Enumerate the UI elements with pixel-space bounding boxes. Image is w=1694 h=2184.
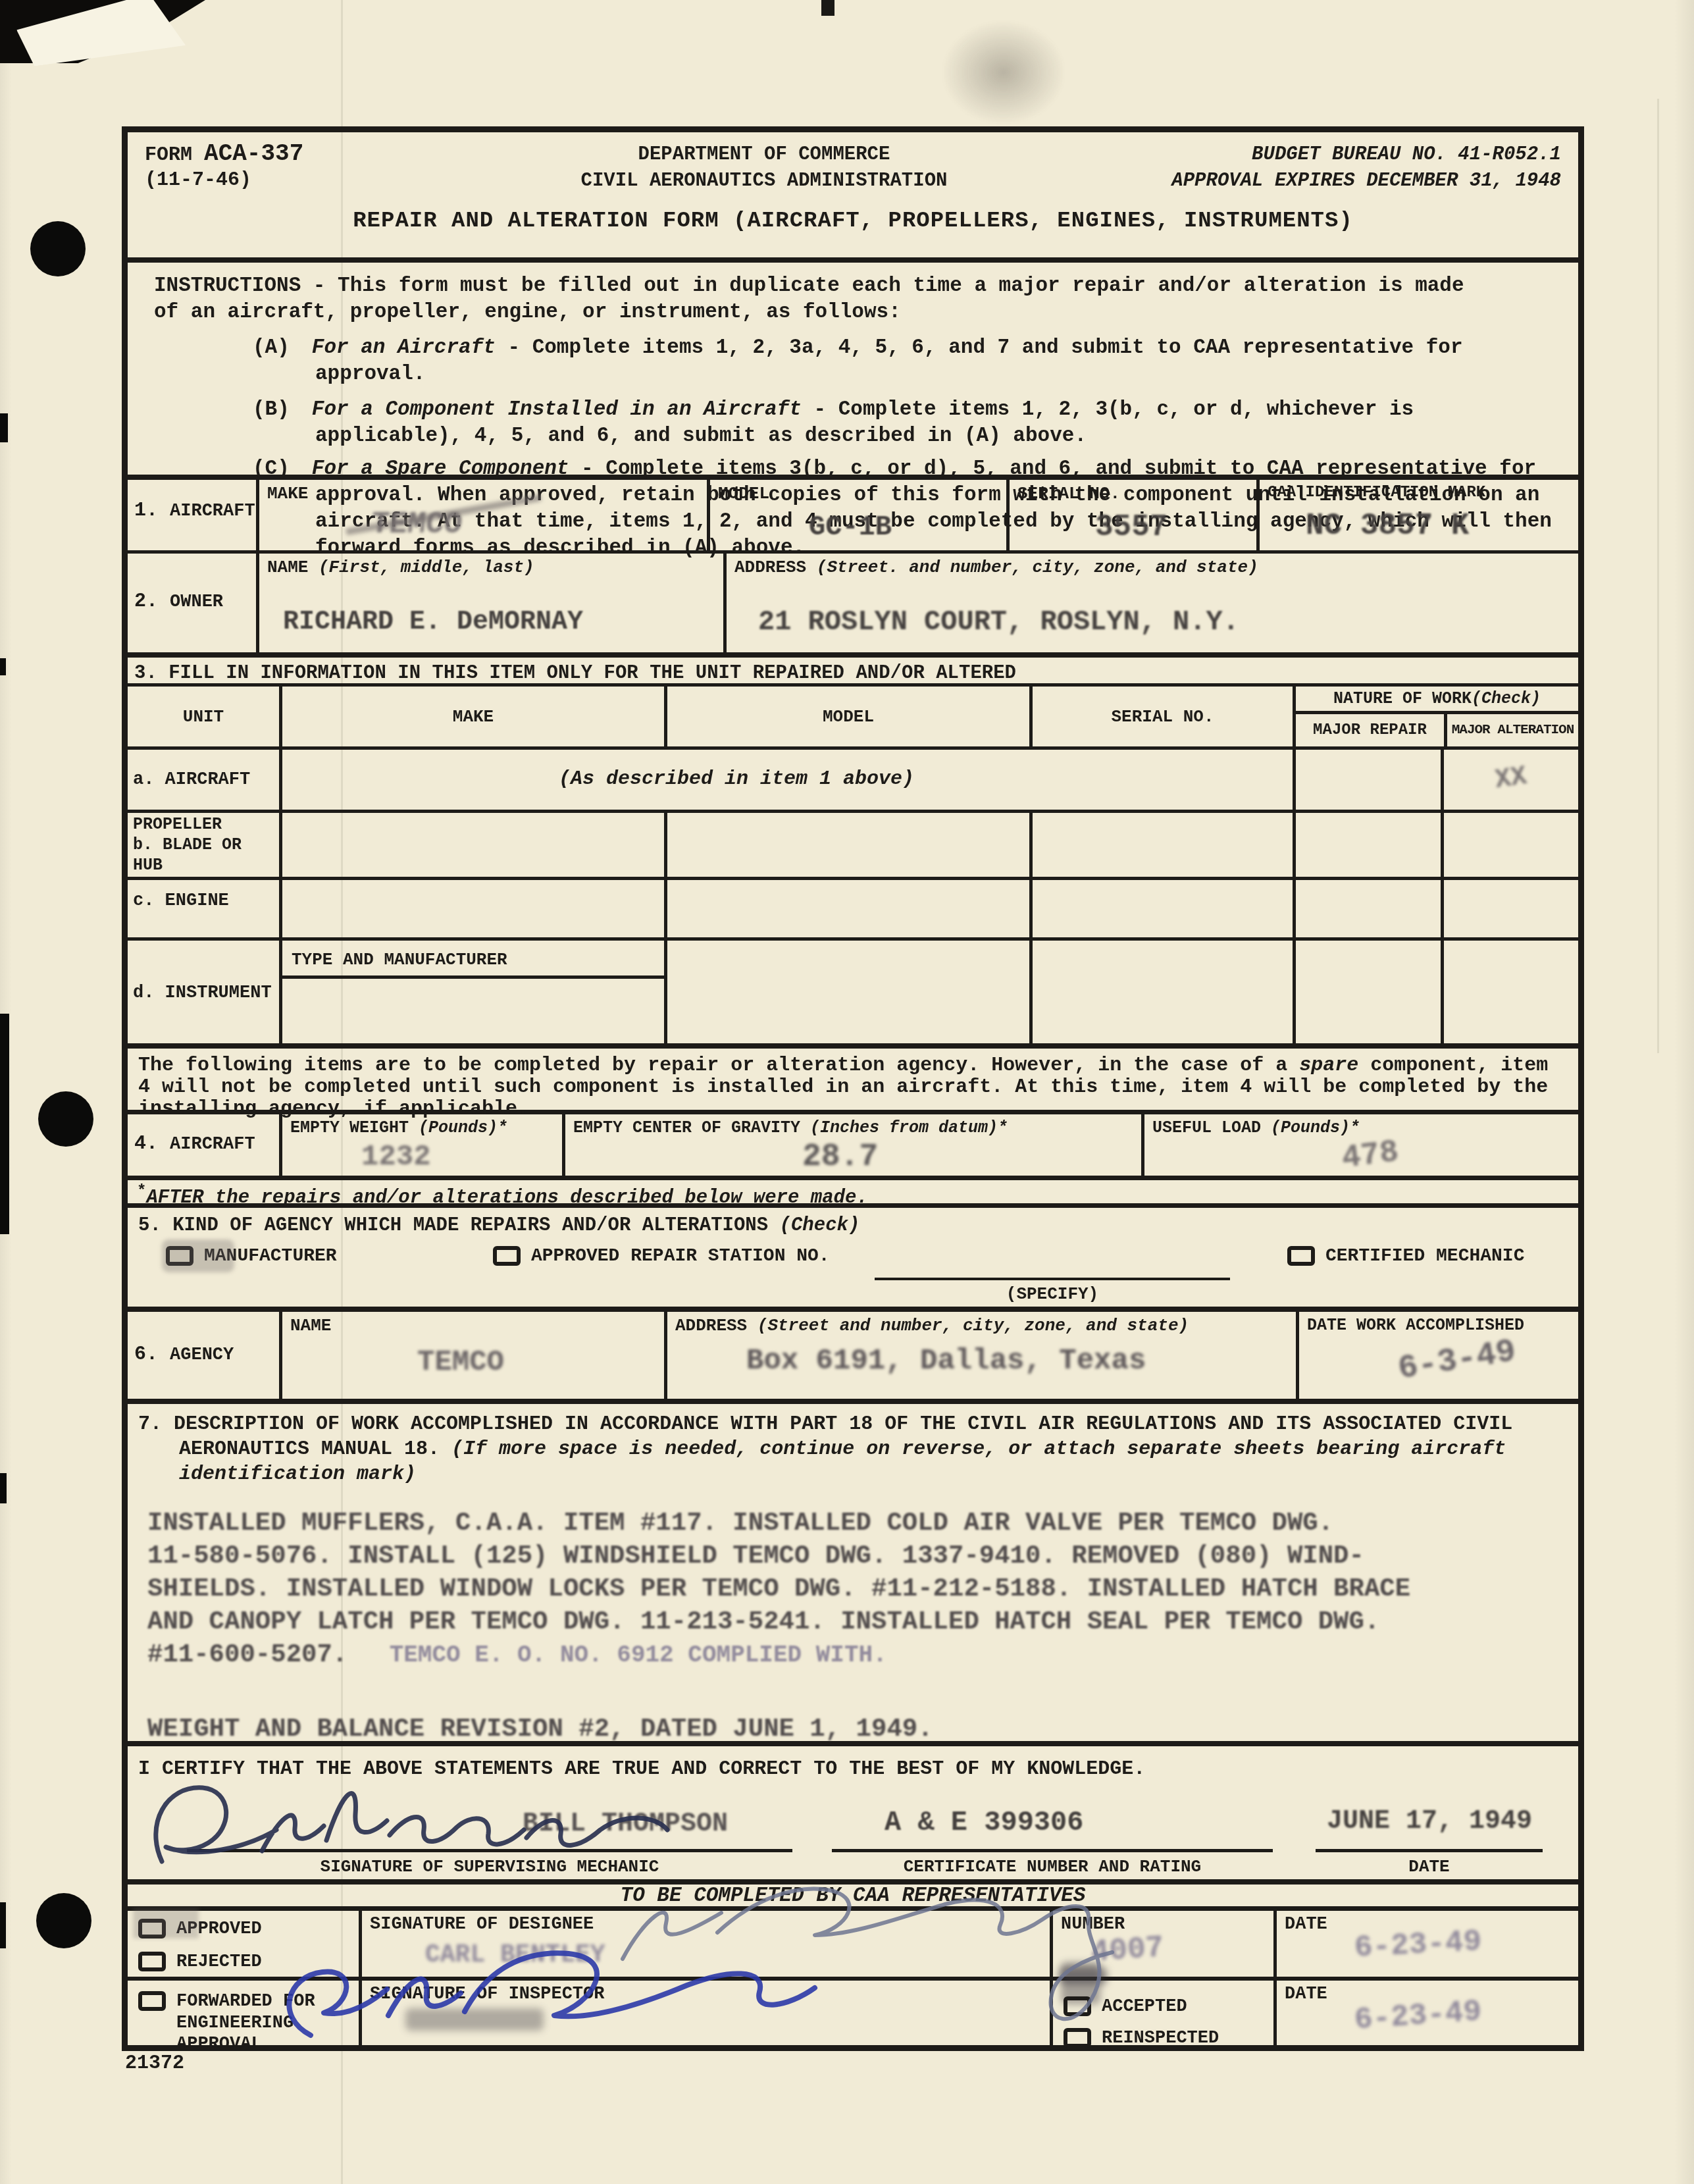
inspector-date-value: 6-23-49 [1353, 1994, 1482, 2037]
date-accomplished-label: DATE WORK ACCOMPLISHED [1307, 1316, 1524, 1335]
form-number-block: FORM ACA-337 (11-7-46) [145, 142, 428, 194]
repair-station-checkbox-box [493, 1246, 521, 1266]
item3-row-aircraft: a. AIRCRAFT (As described in item 1 abov… [128, 750, 1578, 813]
row-a-note: (As described in item 1 above) [559, 768, 914, 791]
punch-hole [36, 1893, 91, 1948]
mechanic-typed-name: BILL THOMPSON [523, 1809, 728, 1839]
useful-load-label: USEFUL LOAD (Pounds)* [1152, 1118, 1360, 1137]
forwarded-label-line1: FORWARDED FOR [176, 1992, 315, 2012]
designee-date-value: 6-23-49 [1354, 1925, 1483, 1965]
certified-mechanic-checkbox-box [1287, 1246, 1315, 1266]
reinspected-checkbox: REINSPECTED [1064, 2028, 1219, 2048]
accepted-label: ACCEPTED [1102, 1997, 1187, 2017]
desc-line: INSTALLED MUFFLERS, C.A.A. ITEM #117. IN… [147, 1507, 1562, 1540]
instruction-item-b: (B)For a Component Installed in an Aircr… [154, 397, 1552, 450]
col-unit: UNIT [128, 687, 279, 746]
rejected-checkbox: REJECTED [138, 1952, 262, 1972]
designee-cell: SIGNATURE OF DESIGNEE CARL BENTLEY [359, 1911, 1050, 1977]
cg-cell: EMPTY CENTER OF GRAVITY (Inches from dat… [562, 1114, 1141, 1176]
item3-table-header: UNIT MAKE MODEL SERIAL NO. NATURE OF WOR… [128, 687, 1578, 750]
owner-address-cell: ADDRESS (Street. and number, city, zone,… [723, 554, 1578, 652]
col-nature-of-work: NATURE OF WORK (Check) MAJOR REPAIR MAJO… [1293, 687, 1578, 746]
col-major-repair: MAJOR REPAIR [1296, 714, 1444, 746]
row-a-major-alteration-cell: XX [1441, 750, 1578, 810]
row-b-repair-cell [1293, 813, 1441, 877]
scan-speckle-blob [941, 20, 1066, 125]
aca-337-form: FORM ACA-337 (11-7-46) DEPARTMENT OF COM… [122, 126, 1584, 2051]
scanned-form-page: FORM ACA-337 (11-7-46) DEPARTMENT OF COM… [0, 0, 1694, 2184]
col-serial: SERIAL NO. [1029, 687, 1293, 746]
department-line2: CIVIL AERONAUTICS ADMINISTRATION [468, 168, 1060, 194]
row-d-serial-cell [1029, 941, 1293, 1043]
mechanic-signature-line [187, 1849, 792, 1852]
instructions-section: INSTRUCTIONS - This form must be filled … [128, 263, 1578, 480]
caa-id-value: NC 3857 K [1306, 509, 1469, 543]
model-value: GC-1B [809, 511, 892, 543]
designee-date-cell: DATE 6-23-49 [1273, 1911, 1578, 1977]
rejected-label: REJECTED [176, 1952, 262, 1972]
paper-fold-line [1657, 99, 1659, 1053]
scan-edge-mark [0, 413, 8, 442]
nature-of-work-label: NATURE OF WORK (Check) [1296, 687, 1578, 714]
empty-weight-label: EMPTY WEIGHT (Pounds)* [290, 1118, 507, 1137]
owner-name-cell: NAME (First, middle, last) RICHARD E. De… [256, 554, 723, 652]
item7-title: 7. DESCRIPTION OF WORK ACCOMPLISHED IN A… [138, 1412, 1562, 1487]
row-c-label: c. ENGINE [128, 880, 279, 937]
specify-underline [875, 1278, 1230, 1280]
asterisk-footnote: *AFTER the repairs and/or alterations de… [128, 1180, 1578, 1208]
instruction-item-a: (A)For an Aircraft - Complete items 1, 2… [154, 335, 1552, 388]
scan-edge-mark [0, 1473, 7, 1503]
certificate-number-value: A & E 399306 [885, 1807, 1083, 1838]
department-block: DEPARTMENT OF COMMERCE CIVIL AERONAUTICS… [468, 142, 1060, 194]
row-b-alteration-cell [1441, 813, 1578, 877]
row-b-model-cell [664, 813, 1029, 877]
reinspected-label: REINSPECTED [1102, 2029, 1219, 2048]
caa-id-label: CAA IDENTIFICATION MARK [1268, 484, 1485, 502]
scan-edge-mark [821, 0, 834, 16]
inspector-date-label: DATE [1285, 1985, 1327, 2004]
caa-table: APPROVED REJECTED SIGNATURE OF DESIGNEE … [128, 1911, 1578, 2045]
reinspected-checkbox-box [1064, 2028, 1091, 2048]
page-title: REPAIR AND ALTERATION FORM (AIRCRAFT, PR… [145, 209, 1561, 234]
item4-aircraft-row: 4. AIRCRAFT EMPTY WEIGHT (Pounds)* 1232 … [128, 1114, 1578, 1180]
item6-label: 6. AGENCY [128, 1312, 279, 1399]
major-alteration-mark: XX [1493, 762, 1529, 796]
form-header: FORM ACA-337 (11-7-46) DEPARTMENT OF COM… [128, 132, 1578, 263]
inspector-typed-smudge [405, 2008, 544, 2031]
row-b-label: PROPELLERb. BLADE ORHUB [128, 813, 279, 877]
row-d-label: d. INSTRUMENT [128, 941, 279, 1043]
owner-name-value: RICHARD E. DeMORNAY [283, 608, 583, 637]
col-model: MODEL [664, 687, 1029, 746]
scan-edge-mark [0, 1014, 9, 1234]
designee-typed-name: CARL BENTLEY [425, 1941, 605, 1969]
cg-value: 28.7 [802, 1139, 878, 1175]
model-label: MODEL [718, 484, 769, 504]
empty-weight-cell: EMPTY WEIGHT (Pounds)* 1232 [279, 1114, 562, 1176]
forwarded-label-line3: APPROVAL [176, 2035, 262, 2054]
row-c-serial-cell [1029, 880, 1293, 937]
inspector-label: SIGNATURE OF INSPECTOR [370, 1985, 604, 2004]
item3-header-text: 3. FILL IN INFORMATION IN THIS ITEM ONLY… [134, 662, 1016, 684]
form-label: FORM [145, 144, 192, 167]
item6-agency-row: 6. AGENCY NAME TEMCO ADDRESS (Street and… [128, 1312, 1578, 1404]
item2-owner-row: 2. OWNER NAME (First, middle, last) RICH… [128, 554, 1578, 658]
item1-serial-cell: SERIAL NO. 3557 [1006, 480, 1256, 550]
item1-label: 1. AIRCRAFT [128, 480, 256, 550]
scan-edge-mark [0, 1902, 6, 1948]
serial-value: 3557 [1095, 510, 1168, 544]
forwarded-cell: FORWARDED FOR ENGINEERING APPROVAL [128, 1977, 359, 2045]
number-value: 4007 [1090, 1931, 1165, 1970]
row-c-alteration-cell [1441, 880, 1578, 937]
approved-check-smudge [133, 1908, 199, 1938]
date-accomplished-value: 6-3-49 [1396, 1333, 1519, 1388]
certificate-line [832, 1849, 1273, 1852]
item7-description: 7. DESCRIPTION OF WORK ACCOMPLISHED IN A… [128, 1404, 1578, 1746]
make-label: MAKE [267, 484, 308, 504]
agency-address-cell: ADDRESS (Street and number, city, zone, … [664, 1312, 1296, 1399]
owner-address-label: ADDRESS (Street. and number, city, zone,… [734, 558, 1258, 577]
item1-model-cell: MODEL GC-1B [707, 480, 1006, 550]
agency-name-label: NAME [290, 1316, 331, 1336]
row-d-model-cell [664, 941, 1029, 1043]
agency-address-label: ADDRESS (Street and number, city, zone, … [675, 1316, 1189, 1336]
col-major-alteration: MAJOR ALTERATION [1444, 714, 1578, 746]
specify-label: (SPECIFY) [875, 1284, 1230, 1304]
row-a-merged-cell: (As described in item 1 above) [279, 750, 1293, 810]
inspector-date-cell: DATE 6-23-49 [1273, 1977, 1578, 2045]
item3-row-engine: c. ENGINE [128, 880, 1578, 941]
row-a-major-repair-cell [1293, 750, 1441, 810]
punch-hole [30, 221, 86, 276]
row-c-make-cell [279, 880, 664, 937]
work-description-text: INSTALLED MUFFLERS, C.A.A. ITEM #117. IN… [147, 1507, 1562, 1746]
accepted-checkbox-box [1064, 1996, 1091, 2016]
certificate-label: CERTIFICATE NUMBER AND RATING [832, 1857, 1273, 1877]
instructions-intro: INSTRUCTIONS - This form must be filled … [154, 273, 1552, 299]
department-line1: DEPARTMENT OF COMMERCE [468, 142, 1060, 168]
type-manufacturer-label: TYPE AND MANUFACTURER [282, 941, 664, 979]
temco-eo-faded: TEMCO E. O. NO. 6912 COMPLIED WITH. [390, 1642, 887, 1669]
weight-balance-line: WEIGHT AND BALANCE REVISION #2, DATED JU… [147, 1713, 1562, 1746]
row-b-serial-cell [1029, 813, 1293, 877]
accepted-checkbox: ACCEPTED [1064, 1996, 1187, 2017]
form-number: ACA-337 [204, 140, 303, 167]
certification-section: I CERTIFY THAT THE ABOVE STATEMENTS ARE … [128, 1746, 1578, 1885]
designee-date-label: DATE [1285, 1915, 1327, 1935]
date-accomplished-cell: DATE WORK ACCOMPLISHED 6-3-49 [1296, 1312, 1578, 1399]
row-b-make-cell [279, 813, 664, 877]
spare-component-note: The following items are to be completed … [128, 1049, 1578, 1114]
date-label: DATE [1316, 1857, 1543, 1877]
page-number: 21372 [125, 2052, 184, 2075]
manufacturer-check-smudge [162, 1239, 234, 1272]
col-make: MAKE [279, 687, 664, 746]
row-c-repair-cell [1293, 880, 1441, 937]
agency-address-value: Box 6191, Dallas, Texas [746, 1345, 1146, 1378]
budget-line2: APPROVAL EXPIRES DECEMBER 31, 1948 [1100, 168, 1561, 194]
rejected-checkbox-box [138, 1952, 166, 1971]
budget-line1: BUDGET BUREAU NO. 41-R052.1 [1100, 142, 1561, 168]
row-d-alteration-cell [1441, 941, 1578, 1043]
instructions-intro-line2: of an aircraft, propeller, engine, or in… [154, 299, 1552, 326]
item4-label: 4. AIRCRAFT [128, 1114, 279, 1176]
empty-weight-value: 1232 [361, 1141, 431, 1174]
accepted-cell: ACCEPTED REINSPECTED [1050, 1977, 1273, 2045]
item1-aircraft-row: 1. AIRCRAFT MAKE TEMCO MODEL GC-1B SERIA… [128, 480, 1578, 554]
row-c-model-cell [664, 880, 1029, 937]
desc-line: SHIELDS. INSTALLED WINDOW LOCKS PER TEMC… [147, 1573, 1562, 1605]
certified-mechanic-checkbox: CERTIFIED MECHANIC [1287, 1246, 1524, 1266]
item3-row-propeller: PROPELLERb. BLADE ORHUB [128, 813, 1578, 880]
caa-status-cell: APPROVED REJECTED [128, 1911, 359, 1977]
cg-label: EMPTY CENTER OF GRAVITY (Inches from dat… [573, 1118, 1008, 1137]
item5-title: 5. KIND OF AGENCY WHICH MADE REPAIRS AND… [138, 1214, 860, 1236]
item1-caa-cell: CAA IDENTIFICATION MARK NC 3857 K [1256, 480, 1578, 550]
desc-line: 11-580-5076. INSTALL (125) WINDSHIELD TE… [147, 1540, 1562, 1573]
agency-name-cell: NAME TEMCO [279, 1312, 664, 1399]
certify-date-value: JUNE 17, 1949 [1327, 1807, 1532, 1836]
agency-name-value: TEMCO [417, 1346, 504, 1379]
row-d-make-cell: TYPE AND MANUFACTURER [279, 941, 664, 1043]
repair-station-label: APPROVED REPAIR STATION NO. [531, 1246, 830, 1266]
inspector-cell: SIGNATURE OF INSPECTOR [359, 1977, 1050, 2045]
mechanic-signature-label: SIGNATURE OF SUPERVISING MECHANIC [187, 1857, 792, 1877]
number-label: NUMBER [1061, 1915, 1125, 1935]
date-line [1316, 1849, 1543, 1852]
caa-title-bar: TO BE COMPLETED BY CAA REPRESENTATIVES [128, 1885, 1578, 1911]
manufacturer-checkbox: MANUFACTURER [166, 1246, 337, 1266]
row-d-repair-cell [1293, 941, 1441, 1043]
approved-checkbox: APPROVED [138, 1919, 262, 1939]
item2-label: 2. OWNER [128, 554, 256, 652]
designee-label: SIGNATURE OF DESIGNEE [370, 1915, 594, 1935]
instructions-intro-bold: INSTRUCTIONS [154, 274, 301, 298]
form-revision: (11-7-46) [145, 168, 428, 193]
desc-line: AND CANOPY LATCH PER TEMCO DWG. 11-213-5… [147, 1605, 1562, 1638]
item3-row-instrument: d. INSTRUMENT TYPE AND MANUFACTURER [128, 941, 1578, 1049]
punch-hole [38, 1091, 93, 1147]
forwarded-checkbox: FORWARDED FOR [138, 1991, 315, 2012]
useful-load-cell: USEFUL LOAD (Pounds)* 478 [1141, 1114, 1578, 1176]
owner-name-label: NAME (First, middle, last) [267, 558, 534, 577]
serial-label: SERIAL NO. [1017, 484, 1120, 504]
desc-line-mixed: #11-600-5207. TEMCO E. O. NO. 6912 COMPL… [147, 1638, 1562, 1672]
certified-mechanic-label: CERTIFIED MECHANIC [1325, 1246, 1524, 1266]
owner-address-value: 21 ROSLYN COURT, ROSLYN, N.Y. [758, 606, 1239, 638]
budget-block: BUDGET BUREAU NO. 41-R052.1 APPROVAL EXP… [1100, 142, 1561, 194]
useful-load-value: 478 [1340, 1135, 1400, 1177]
row-a-label: a. AIRCRAFT [128, 750, 279, 810]
caa-title: TO BE COMPLETED BY CAA REPRESENTATIVES [621, 1885, 1086, 1908]
certify-statement: I CERTIFY THAT THE ABOVE STATEMENTS ARE … [138, 1758, 1145, 1781]
item5-agency-kind: 5. KIND OF AGENCY WHICH MADE REPAIRS AND… [128, 1208, 1578, 1312]
forwarded-label-line2: ENGINEERING [176, 2014, 294, 2033]
forwarded-checkbox-box [138, 1991, 166, 2011]
scan-edge-mark [0, 658, 6, 675]
item1-make-cell: MAKE TEMCO [256, 480, 707, 550]
item3-header-bar: 3. FILL IN INFORMATION IN THIS ITEM ONLY… [128, 658, 1578, 687]
repair-station-checkbox: APPROVED REPAIR STATION NO. [493, 1246, 830, 1266]
